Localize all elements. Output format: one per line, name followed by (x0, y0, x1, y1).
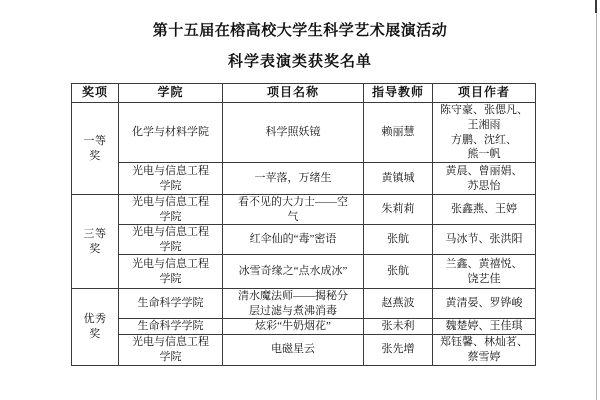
table-row: 光电与信息工程 学院 红伞仙的“毒”密语 张航 马冰节、张洪阳 (72, 225, 536, 255)
authors-cell: 张鑫燕、王婷 (433, 195, 536, 225)
table-row: 三等 奖 光电与信息工程 学院 看不见的大力士——空 气 朱莉莉 张鑫燕、王婷 (72, 195, 536, 225)
teacher-cell: 张航 (364, 225, 433, 255)
project-cell: 清水魔法师——揭秘分 层过滤与煮沸消毒 (223, 289, 364, 319)
header-cell-teacher: 指导教师 (364, 84, 433, 103)
scan-artifact-mark (595, 0, 597, 13)
college-cell: 光电与信息工程 学院 (119, 163, 223, 195)
teacher-cell: 黄镇城 (364, 163, 433, 195)
teacher-cell: 张未利 (364, 319, 433, 335)
project-cell: 科学照妖镜 (223, 103, 364, 163)
college-cell: 光电与信息工程 学院 (119, 334, 223, 365)
project-cell: 冰雪奇缘之“点水成冰” (223, 255, 364, 289)
awards-table: 奖项 学院 项目名称 指导教师 项目作者 一等 奖 化学与材料学院 科学照妖镜 … (71, 83, 536, 366)
table-row: 光电与信息工程 学院 电磁星云 张先增 郑钰馨、林灿茗、 蔡雪婷 (72, 334, 536, 365)
page-edge-scan-line (596, 0, 597, 400)
project-cell: 红伞仙的“毒”密语 (223, 225, 364, 255)
authors-cell: 陈守豪、张偲凡、 王湘雨 方鹏、沈红、 熊一帆 (433, 103, 536, 163)
table-row: 生命科学学院 炫彩“牛奶烟花” 张未利 魏楚婷、王佳琪 (72, 319, 536, 335)
college-cell: 化学与材料学院 (119, 103, 223, 163)
page-title: 第十五届在榕高校大学生科学艺术展演活动 (0, 20, 600, 42)
project-cell: 看不见的大力士——空 气 (223, 195, 364, 225)
authors-cell: 黄晨、曾丽娟、 苏思怡 (433, 163, 536, 195)
authors-cell: 兰鑫、黄禧悦、 饶艺佳 (433, 255, 536, 289)
college-cell: 生命科学学院 (119, 289, 223, 319)
header-cell-college: 学院 (119, 84, 223, 103)
header-row: 奖项 学院 项目名称 指导教师 项目作者 (72, 84, 536, 103)
teacher-cell: 朱莉莉 (364, 195, 433, 225)
teacher-cell: 赖丽慧 (364, 103, 433, 163)
award-group-cell-third-prize: 三等 奖 (72, 195, 119, 289)
teacher-cell: 张航 (364, 255, 433, 289)
award-group-cell-first-prize: 一等 奖 (72, 103, 119, 195)
college-cell: 光电与信息工程 学院 (119, 255, 223, 289)
authors-cell: 魏楚婷、王佳琪 (433, 319, 536, 335)
authors-cell: 黄清晏、罗铧峻 (433, 289, 536, 319)
award-group-cell-excellence-prize: 优秀 奖 (72, 289, 119, 366)
project-cell: 一苹落，万绪生 (223, 163, 364, 195)
table-row: 一等 奖 化学与材料学院 科学照妖镜 赖丽慧 陈守豪、张偲凡、 王湘雨 方鹏、沈… (72, 103, 536, 163)
table-row: 光电与信息工程 学院 冰雪奇缘之“点水成冰” 张航 兰鑫、黄禧悦、 饶艺佳 (72, 255, 536, 289)
document-page: 第十五届在榕高校大学生科学艺术展演活动 科学表演类获奖名单 奖项 学院 项目名称… (0, 0, 600, 400)
college-cell: 光电与信息工程 学院 (119, 225, 223, 255)
table-row: 光电与信息工程 学院 一苹落，万绪生 黄镇城 黄晨、曾丽娟、 苏思怡 (72, 163, 536, 195)
authors-cell: 郑钰馨、林灿茗、 蔡雪婷 (433, 334, 536, 365)
table-row: 优秀 奖 生命科学学院 清水魔法师——揭秘分 层过滤与煮沸消毒 赵燕波 黄清晏、… (72, 289, 536, 319)
header-cell-project: 项目名称 (223, 84, 364, 103)
authors-cell: 马冰节、张洪阳 (433, 225, 536, 255)
project-cell: 炫彩“牛奶烟花” (223, 319, 364, 335)
page-subtitle: 科学表演类获奖名单 (0, 51, 600, 73)
teacher-cell: 赵燕波 (364, 289, 433, 319)
header-cell-award: 奖项 (72, 84, 119, 103)
project-cell: 电磁星云 (223, 334, 364, 365)
teacher-cell: 张先增 (364, 334, 433, 365)
college-cell: 生命科学学院 (119, 319, 223, 335)
college-cell: 光电与信息工程 学院 (119, 195, 223, 225)
header-cell-authors: 项目作者 (433, 84, 536, 103)
